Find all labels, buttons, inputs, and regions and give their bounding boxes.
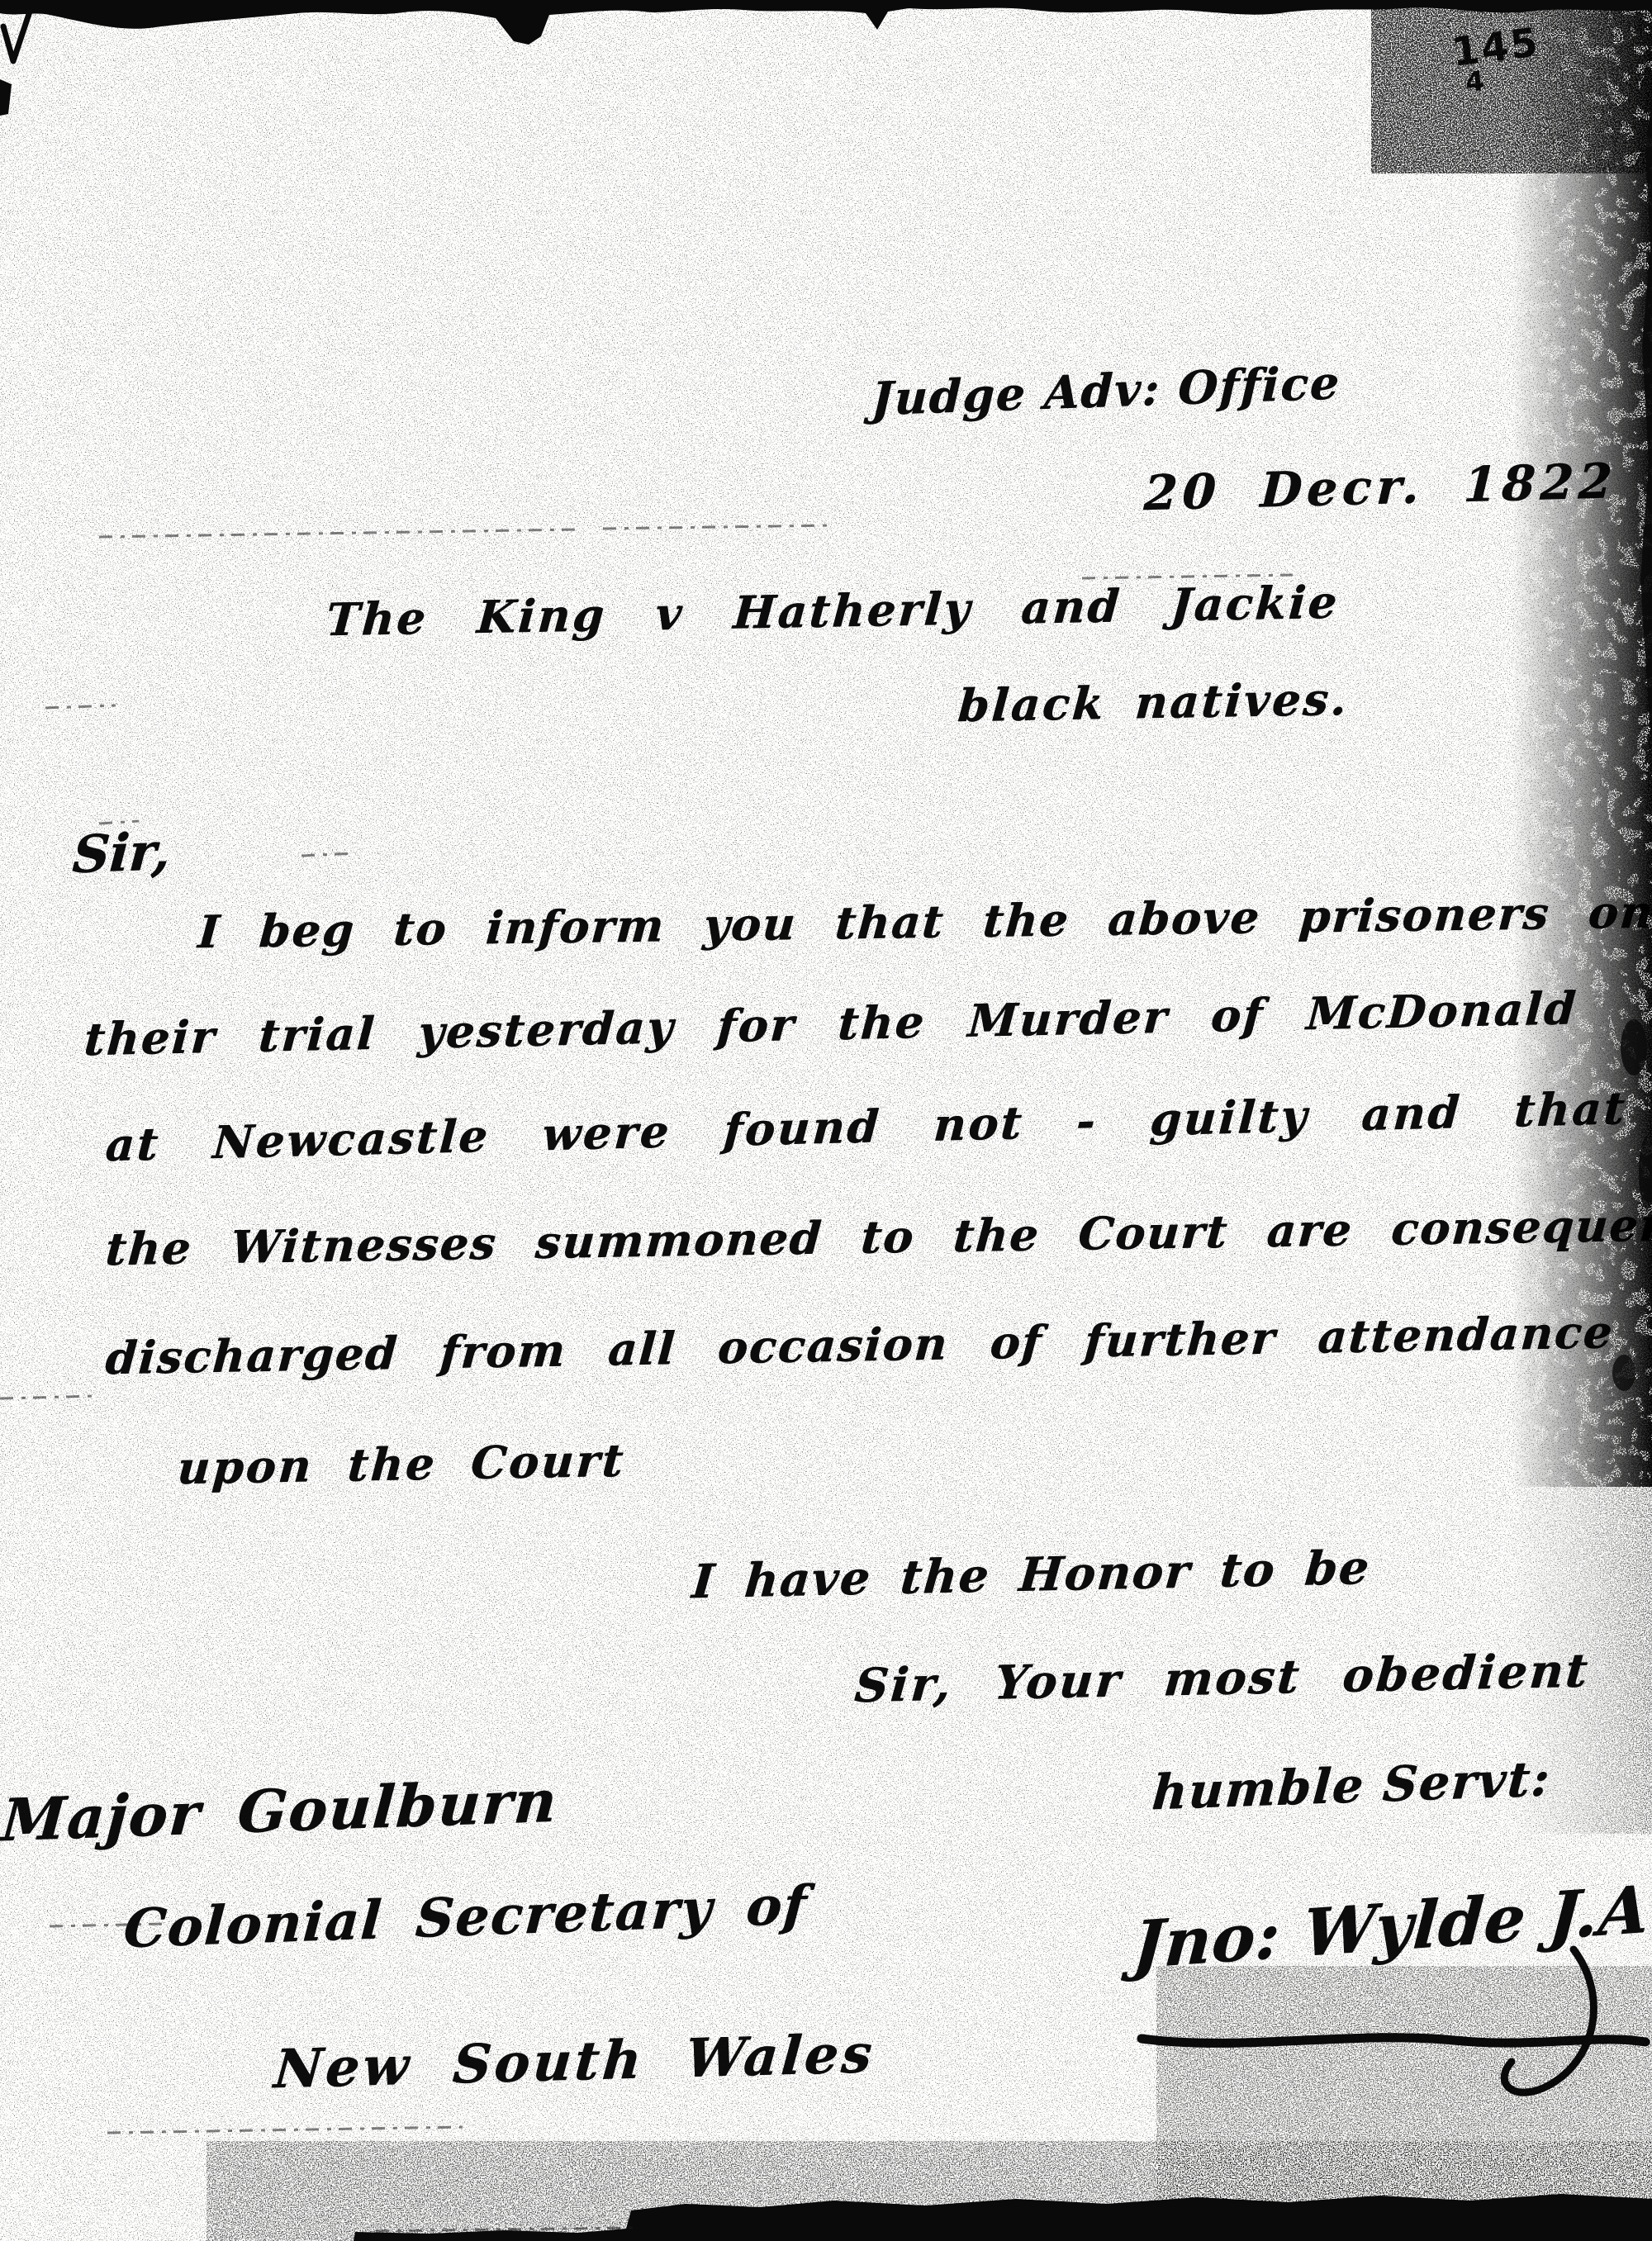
case-title-line-2: black natives. bbox=[957, 672, 1351, 732]
case-title-line-1: The King v Hatherly and Jackie bbox=[325, 576, 1341, 646]
addressee-line-1: Major Goulburn bbox=[0, 1766, 560, 1854]
signature: Jno: Wylde J.A. bbox=[1131, 1870, 1652, 1983]
body-line: I beg to inform you that the above priso… bbox=[197, 885, 1652, 958]
body-line: upon the Court bbox=[176, 1433, 628, 1494]
body-line: their trial yesterday for the Murder of … bbox=[83, 981, 1579, 1066]
body-line: at Newcastle were found not - guilty and… bbox=[104, 1081, 1628, 1171]
office-heading: Judge Adv: Office bbox=[871, 355, 1341, 425]
letter-text-layer: 145 4 Judge Adv: Office 20 Decr. 1822 Th… bbox=[0, 0, 1652, 2241]
folio-sub-number: 4 bbox=[1464, 64, 1485, 98]
salutation: Sir, bbox=[70, 821, 172, 885]
date-line: 20 Decr. 1822 bbox=[1143, 453, 1618, 521]
addressee-line-2: Colonial Secretary of bbox=[121, 1874, 809, 1960]
letter-page: 145 4 Judge Adv: Office 20 Decr. 1822 Th… bbox=[0, 0, 1652, 2241]
addressee-line-3: New South Wales bbox=[272, 2023, 877, 2101]
folio-number: 145 bbox=[1450, 19, 1542, 76]
valediction-line-2: Sir, Your most obedient bbox=[852, 1643, 1592, 1713]
valediction-line-3: humble Servt: bbox=[1151, 1750, 1553, 1821]
body-line: the Witnesses summoned to the Court are … bbox=[104, 1197, 1652, 1275]
body-line: discharged from all occasion of further … bbox=[104, 1305, 1616, 1384]
valediction-line-1: I have the Honor to be bbox=[690, 1541, 1372, 1609]
